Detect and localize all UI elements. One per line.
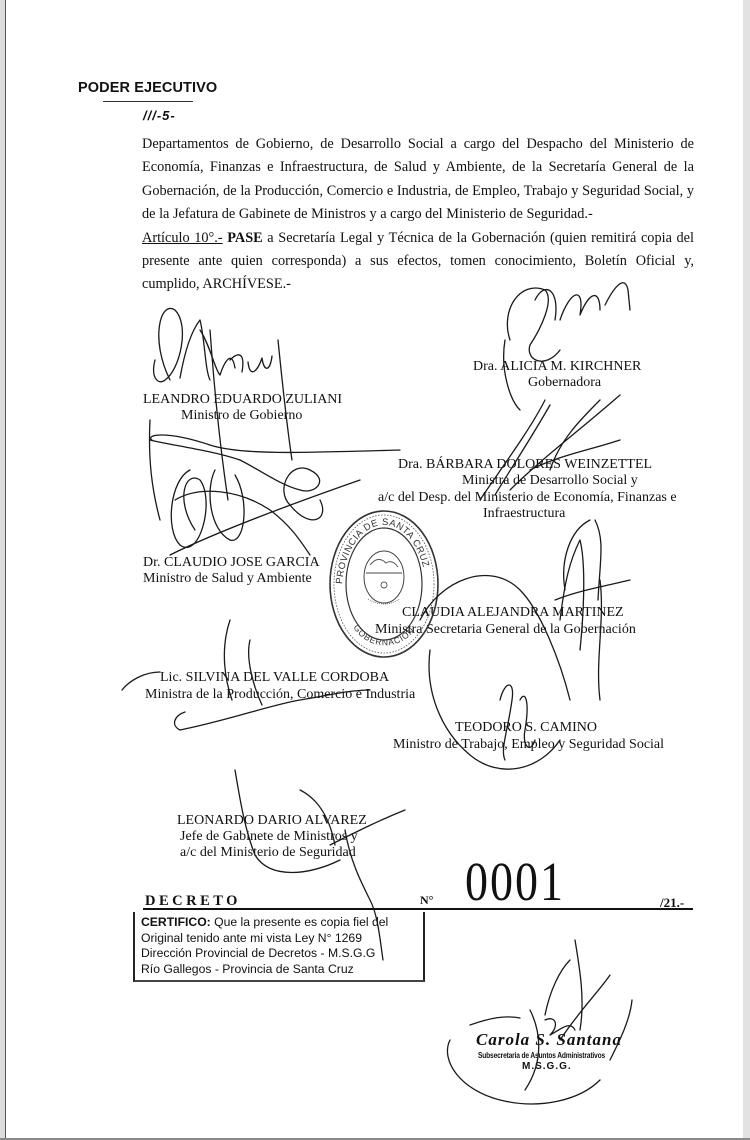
body-paragraph: Departamentos de Gobierno, de Desarrollo… [142,133,694,227]
decree-number-label: N° [420,893,433,908]
document-header: PODER EJECUTIVO [78,80,217,96]
svg-text:GOBERNACION: GOBERNACION [352,623,417,648]
cert-line-4: Río Gallegos - Provincia de Santa Cruz [141,962,423,978]
signatory-name-camino: TEODORO S. CAMINO [455,720,597,736]
article-10: Artículo 10°.- PASE a Secretaría Legal y… [142,227,694,297]
page-frame-right [743,0,750,1140]
signatory-title-camino: Ministro de Trabajo, Empleo y Seguridad … [393,737,664,753]
signatory-name-alvarez: LEONARDO DARIO ALVAREZ [177,813,367,829]
certification-stamp: CERTIFICO: Que la presente es copia fiel… [133,912,425,982]
cert-label: CERTIFICO: [141,915,211,929]
page-number: ///-5- [143,108,176,123]
article-verb: PASE [227,230,262,246]
signatory-title-weinzettel-2: a/c del Desp. del Ministerio de Economía… [378,490,677,506]
signatory-title-weinzettel-3: Infraestructura [483,506,565,522]
signatory-title-weinzettel-1: Ministra de Desarrollo Social y [462,473,638,489]
seal-bottom-text: GOBERNACION [352,623,417,648]
signatory-title-zuliani: Ministro de Gobierno [181,408,302,424]
page-edge-line [5,0,6,1140]
signatory-title-alvarez-1: Jefe de Gabinete de Ministros y [180,829,358,845]
signatory-name-weinzettel: Dra. BÁRBARA DOLORES WEINZETTEL [398,457,652,473]
signatory-title-cordoba: Ministra de la Producción, Comercio e In… [145,687,415,703]
signatory-title-alvarez-2: a/c del Ministerio de Seguridad [180,845,356,861]
header-underline [103,101,193,102]
official-seal-icon: PROVINCIA DE SANTA CRUZ GOBERNACION [328,509,440,659]
certifier-office: M.S.G.G. [522,1061,572,1072]
article-text: a Secretaría Legal y Técnica de la Gober… [142,230,694,293]
signatory-name-cordoba: Lic. SILVINA DEL VALLE CORDOBA [160,670,389,686]
cert-line-1: Que la presente es copia fiel del [211,915,389,929]
signatory-name-zuliani: LEANDRO EDUARDO ZULIANI [143,392,342,408]
certifier-name: Carola S. Santana [476,1030,622,1050]
decree-number: 0001 [465,849,565,913]
signatory-name-garcia: Dr. CLAUDIO JOSE GARCIA [143,555,320,571]
signatory-name-governor: Dra. ALICIA M. KIRCHNER [473,359,641,375]
decree-underline [143,908,693,910]
signature-santana-icon [447,940,632,1104]
decree-body: Departamentos de Gobierno, de Desarrollo… [142,133,694,297]
signatory-title-garcia: Ministro de Salud y Ambiente [143,571,312,587]
article-label: Artículo 10°.- [142,230,223,246]
certifier-title: Subsecretaria de Asuntos Administrativos [478,1050,605,1060]
cert-line-2: Original tenido ante mi vista Ley N° 126… [141,931,423,947]
signatory-title-governor: Gobernadora [528,375,601,391]
cert-line-3: Dirección Provincial de Decretos - M.S.G… [141,946,423,962]
